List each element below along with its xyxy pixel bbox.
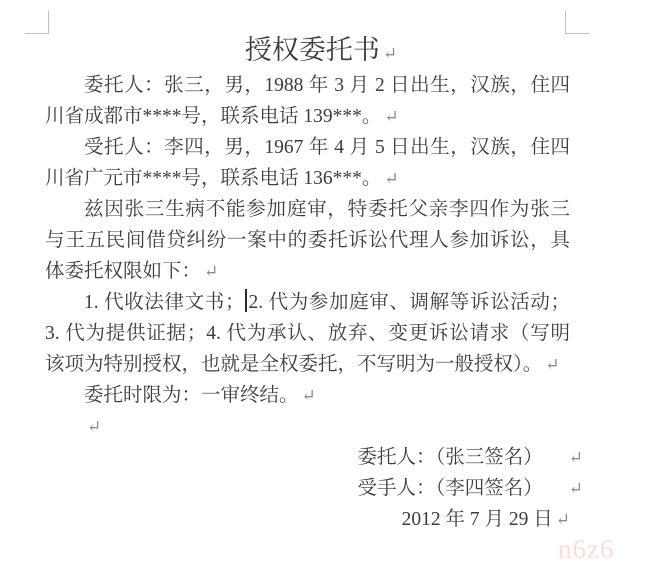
text-line: 委托人：（张三签名）↵ bbox=[45, 442, 570, 473]
document-body[interactable]: 授权委托书↵ 委托人：张三，男，1988 年 3 月 2 日出生，汉族，住四川省… bbox=[45, 30, 570, 535]
text-line-text: 体委托权限如下： bbox=[45, 261, 201, 282]
text-line-text: 该项为特别授权，也就是全权委托，不写明为一般授权）。 bbox=[45, 354, 542, 375]
text-line-text: 委托人：（张三签名） bbox=[357, 447, 542, 468]
text-line: 该项为特别授权，也就是全权委托，不写明为一般授权）。↵ bbox=[45, 349, 570, 380]
text-line-text: 川省广元市****号，联系电话 136***。 bbox=[45, 168, 381, 189]
paragraph-mark-icon: ↵ bbox=[383, 44, 397, 63]
document-title: 授权委托书↵ bbox=[45, 30, 570, 70]
text-line: 川省成都市****号，联系电话 139***。↵ bbox=[45, 101, 570, 132]
document-lines: 委托人：张三，男，1988 年 3 月 2 日出生，汉族，住四川省成都市****… bbox=[45, 70, 570, 535]
text-line: 2012 年 7 月 29 日↵ bbox=[45, 504, 570, 535]
text-line-text: 2. 代为参加庭审、调解等诉讼活动； bbox=[248, 292, 570, 313]
text-line: 受托人：李四，男，1967 年 4 月 5 日出生，汉族，住四 bbox=[45, 132, 570, 163]
text-line: 受手人：（李四签名）↵ bbox=[45, 473, 570, 504]
document-title-text: 授权委托书 bbox=[245, 35, 380, 65]
paragraph-mark-icon: ↵ bbox=[556, 510, 570, 529]
paragraph-mark-icon: ↵ bbox=[87, 417, 101, 436]
text-line-text: 受手人：（李四签名） bbox=[357, 478, 542, 499]
paragraph-mark-icon: ↵ bbox=[384, 169, 398, 188]
site-watermark: n6z6 bbox=[558, 534, 614, 565]
text-line: 兹因张三生病不能参加庭审，特委托父亲李四作为张三 bbox=[45, 194, 570, 225]
text-line-text: 委托人：张三，男，1988 年 3 月 2 日出生，汉族，住四 bbox=[84, 75, 570, 96]
text-line: ↵ bbox=[45, 411, 570, 442]
text-line: 与王五民间借贷纠纷一案中的委托诉讼代理人参加诉讼，具 bbox=[45, 225, 570, 256]
paragraph-mark-icon: ↵ bbox=[204, 262, 218, 281]
paragraph-mark-icon: ↵ bbox=[302, 386, 316, 405]
text-line-text: 与王五民间借贷纠纷一案中的委托诉讼代理人参加诉讼，具 bbox=[45, 230, 570, 251]
paragraph-mark-icon: ↵ bbox=[384, 107, 398, 126]
text-line-text: 川省成都市****号，联系电话 139***。 bbox=[45, 106, 381, 127]
text-line: 川省广元市****号，联系电话 136***。↵ bbox=[45, 163, 570, 194]
text-line-text: 1. 代收法律文书； bbox=[84, 292, 244, 313]
paragraph-mark-icon: ↵ bbox=[569, 448, 583, 467]
text-line: 3. 代为提供证据；4. 代为承认、放弃、变更诉讼请求（写明 bbox=[45, 318, 570, 349]
text-line: 1. 代收法律文书；2. 代为参加庭审、调解等诉讼活动； bbox=[45, 287, 570, 318]
document-page: 授权委托书↵ 委托人：张三，男，1988 年 3 月 2 日出生，汉族，住四川省… bbox=[0, 0, 650, 576]
text-line-text: 委托时限为：一审终结。 bbox=[84, 385, 299, 406]
text-line-text: 兹因张三生病不能参加庭审，特委托父亲李四作为张三 bbox=[84, 199, 570, 220]
paragraph-mark-icon: ↵ bbox=[545, 355, 559, 374]
paragraph-mark-icon: ↵ bbox=[569, 479, 583, 498]
text-line-text: 3. 代为提供证据；4. 代为承认、放弃、变更诉讼请求（写明 bbox=[45, 323, 570, 344]
text-line-text: 受托人：李四，男，1967 年 4 月 5 日出生，汉族，住四 bbox=[84, 137, 570, 158]
text-line: 委托人：张三，男，1988 年 3 月 2 日出生，汉族，住四 bbox=[45, 70, 570, 101]
text-line-text: 2012 年 7 月 29 日 bbox=[402, 509, 553, 530]
text-line: 委托时限为：一审终结。↵ bbox=[45, 380, 570, 411]
text-line: 体委托权限如下：↵ bbox=[45, 256, 570, 287]
